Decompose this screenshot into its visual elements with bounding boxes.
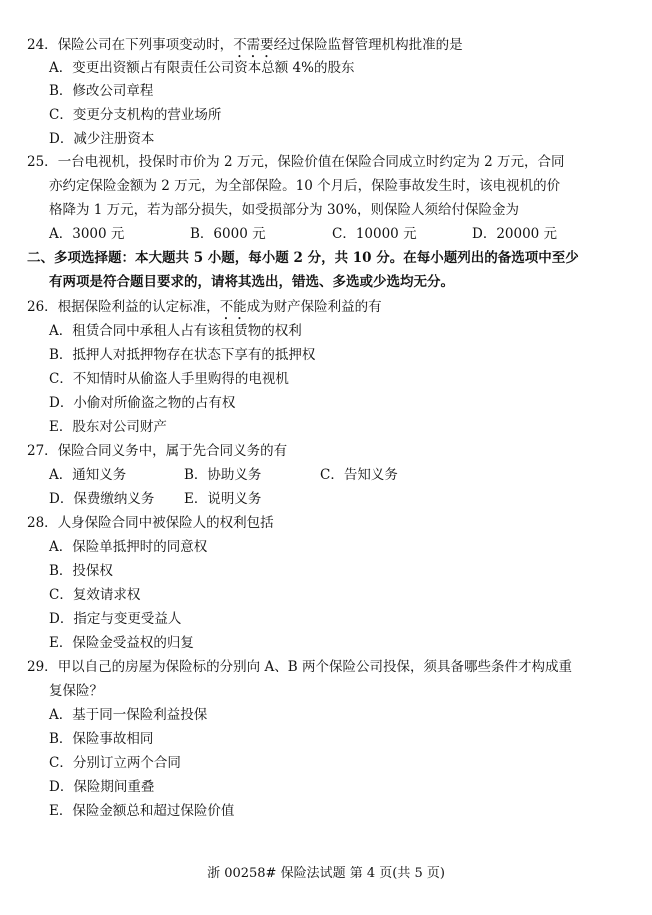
question-26-option-c: C．不知情时从偷盗人手里购得的电视机 bbox=[49, 369, 289, 389]
question-29-option-d: D．保险期间重叠 bbox=[49, 777, 154, 797]
exam-page: 24．保险公司在下列事项变动时，不需要经过保险监督管理机构批准的是 A．变更出资… bbox=[0, 0, 652, 915]
question-29-option-e: E．保险金额总和超过保险价值 bbox=[49, 801, 234, 821]
section-2-heading-line2: 有两项是符合题目要求的，请将其选出，错选、多选或少选均无分。 bbox=[49, 272, 454, 292]
question-27-option-e: E．说明义务 bbox=[184, 489, 261, 509]
question-number: 26． bbox=[27, 299, 58, 315]
emphasized-text: 不能 bbox=[220, 299, 247, 315]
stem-text: 经过保险监督管理机构批准的是 bbox=[274, 37, 463, 53]
question-24-option-b: B．修改公司章程 bbox=[49, 81, 153, 101]
question-28-option-e: E．保险金受益权的归复 bbox=[49, 633, 194, 653]
question-29-option-c: C．分别订立两个合同 bbox=[49, 753, 181, 773]
question-number: 25． bbox=[27, 154, 58, 170]
question-27-stem: 27．保险合同义务中，属于先合同义务的有 bbox=[27, 441, 287, 461]
section-2-heading-line1: 二、多项选择题：本大题共 5 小题，每小题 2 分，共 10 分。在每小题列出的… bbox=[27, 248, 579, 268]
question-26-option-d: D．小偷对所偷盗之物的占有权 bbox=[49, 393, 235, 413]
stem-text: 保险合同义务中，属于先合同义务的有 bbox=[58, 443, 288, 459]
question-28-stem: 28．人身保险合同中被保险人的权利包括 bbox=[27, 513, 274, 533]
question-26-option-e: E．股东对公司财产 bbox=[49, 417, 167, 437]
question-29-option-b: B．保险事故相同 bbox=[49, 729, 153, 749]
question-number: 28． bbox=[27, 515, 58, 531]
emphasized-text: 不需要 bbox=[233, 37, 274, 53]
question-24-option-a: A．变更出资额占有限责任公司资本总额 4%的股东 bbox=[49, 58, 354, 78]
question-number: 27． bbox=[27, 443, 58, 459]
question-26-option-b: B．抵押人对抵押物存在状态下享有的抵押权 bbox=[49, 345, 315, 365]
question-27-option-c: C．告知义务 bbox=[320, 465, 398, 485]
question-26-stem: 26．根据保险利益的认定标准，不能成为财产保险利益的有 bbox=[27, 297, 382, 323]
stem-text: 人身保险合同中被保险人的权利包括 bbox=[58, 515, 274, 531]
stem-text: 保险公司在下列事项变动时， bbox=[58, 37, 234, 53]
page-footer: 浙 00258# 保险法试题 第 4 页(共 5 页) bbox=[0, 864, 652, 884]
question-24-option-c: C．变更分支机构的营业场所 bbox=[49, 105, 221, 125]
section-instructions: 在每小题列出的备选项中至少 bbox=[403, 250, 579, 266]
question-25-option-a: A．3000 元 bbox=[49, 224, 124, 244]
question-27-option-d: D．保费缴纳义务 bbox=[49, 489, 154, 509]
stem-text: 一台电视机，投保时市价为 2 万元，保险价值在保险合同成立时约定为 2 万元，合… bbox=[58, 154, 565, 170]
question-25-stem-line3: 格降为 1 万元，若为部分损失，如受损部分为 30%，则保险人须给付保险金为 bbox=[49, 200, 519, 220]
question-28-option-c: C．复效请求权 bbox=[49, 585, 140, 605]
question-25-stem-line2: 亦约定保险金额为 2 万元，为全部保险。10 个月后，保险事故发生时，该电视机的… bbox=[49, 176, 560, 196]
question-25-stem-line1: 25．一台电视机，投保时市价为 2 万元，保险价值在保险合同成立时约定为 2 万… bbox=[27, 152, 565, 172]
question-26-option-a: A．租赁合同中承租人占有该租赁物的权利 bbox=[49, 321, 302, 341]
question-29-option-a: A．基于同一保险利益投保 bbox=[49, 705, 207, 725]
question-28-option-d: D．指定与变更受益人 bbox=[49, 609, 181, 629]
question-29-stem-line2: 复保险？ bbox=[49, 681, 103, 701]
stem-text: 甲以自己的房屋为保险标的分别向 A、B 两个保险公司投保，须具备哪些条件才构成重 bbox=[58, 659, 572, 675]
question-28-option-b: B．投保权 bbox=[49, 561, 113, 581]
question-number: 24． bbox=[27, 37, 58, 53]
question-25-option-d: D．20000 元 bbox=[472, 224, 557, 244]
question-number: 29． bbox=[27, 659, 58, 675]
section-heading: 二、多项选择题：本大题共 5 小题，每小题 2 分，共 10 分。 bbox=[27, 250, 403, 266]
stem-text: 成为财产保险利益的有 bbox=[247, 299, 382, 315]
question-29-stem-line1: 29．甲以自己的房屋为保险标的分别向 A、B 两个保险公司投保，须具备哪些条件才… bbox=[27, 657, 572, 677]
question-27-option-a: A．通知义务 bbox=[49, 465, 126, 485]
question-27-option-b: B．协助义务 bbox=[184, 465, 261, 485]
question-25-option-c: C．10000 元 bbox=[332, 224, 417, 244]
question-25-option-b: B．6000 元 bbox=[190, 224, 266, 244]
question-24-option-d: D．减少注册资本 bbox=[49, 129, 154, 149]
question-28-option-a: A．保险单抵押时的同意权 bbox=[49, 537, 207, 557]
stem-text: 根据保险利益的认定标准， bbox=[58, 299, 220, 315]
